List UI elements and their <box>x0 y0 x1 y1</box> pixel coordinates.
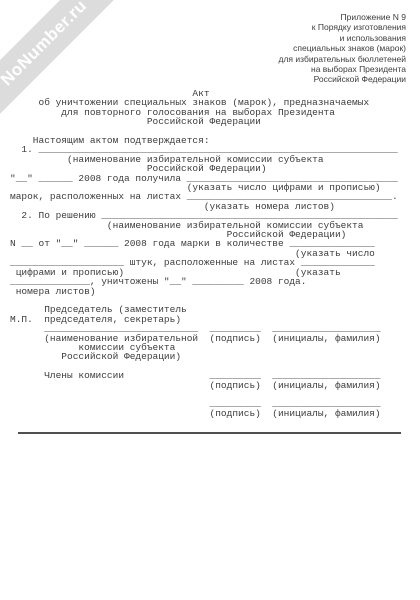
appendix-header: Приложение N 9к Порядку изготовленияи ис… <box>279 12 406 85</box>
text-line: Российской Федерации <box>10 117 398 126</box>
header-line: и использования <box>279 33 406 43</box>
text-line: (подпись) (инициалы, фамилия) <box>10 381 398 390</box>
header-line: на выборах Президента <box>279 64 406 74</box>
text-line: номера листов) <box>10 287 398 296</box>
header-line: специальных знаков (марок) <box>279 43 406 53</box>
document-page: NoNumber.ru Приложение N 9к Порядку изго… <box>0 0 420 600</box>
text-line: Российской Федерации) <box>10 352 398 361</box>
text-line: (подпись) (инициалы, фамилия) <box>10 409 398 418</box>
act-body-text: Акт об уничтожении специальных знаков (м… <box>10 89 398 418</box>
footer-divider <box>18 432 401 434</box>
header-line: Приложение N 9 <box>279 12 406 22</box>
header-line: Российской Федерации <box>279 74 406 84</box>
header-line: к Порядку изготовления <box>279 22 406 32</box>
watermark-text: NoNumber.ru <box>0 0 91 90</box>
header-line: для избирательных бюллетеней <box>279 54 406 64</box>
